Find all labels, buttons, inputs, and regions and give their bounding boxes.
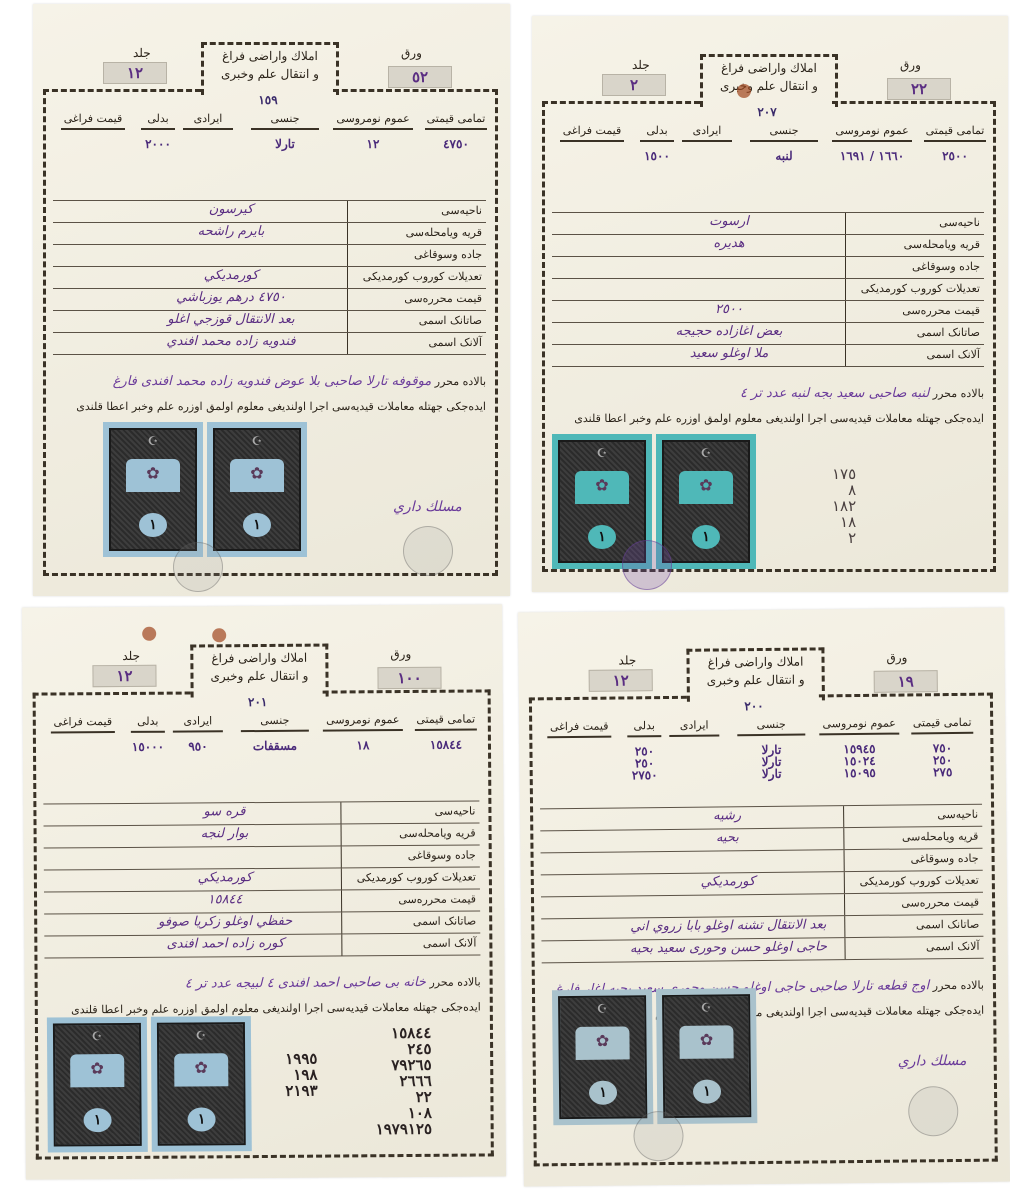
row-cadde: جاده وسوقاغی [53, 245, 486, 267]
handwritten-value: بعض اغازاده حجيجه [624, 324, 834, 339]
handwritten-value: بعد الانتقال تشنه اوغلو بابا زروي اني [623, 917, 833, 934]
varak-number: ١٩ [874, 670, 938, 693]
revenue-stamp: ☪✿١ [656, 988, 757, 1124]
cilt-label: جلد [632, 58, 650, 72]
handwritten-value: بوار لنجه [120, 826, 330, 842]
form-title-line1: املاك واراضی فراغ [193, 649, 325, 668]
form-text: بالاده محرر [933, 979, 984, 993]
value-cinsi: تارلا تارلا تارلا [737, 744, 805, 781]
value-tamami-kiymeti: ٤٧٥٠ [425, 138, 487, 150]
form-text: صاتانک اسمی [916, 918, 979, 932]
col-header-cinsi: جنسی [750, 124, 818, 142]
col-header-bedeli: بدلی [141, 112, 175, 130]
handwritten-value: ١٥٨٤٤ [120, 892, 330, 908]
form-text: قریه ویامحله‌سی [406, 226, 482, 239]
form-text: ١ [588, 525, 616, 549]
form-text: ١ [188, 1107, 216, 1131]
form-text: قریه ویامحله‌سی [399, 827, 476, 841]
tughra-icon: ✿ [700, 1030, 714, 1049]
handwritten-value: بايرم راشحه [126, 224, 336, 239]
tughra-icon: ✿ [596, 1031, 610, 1050]
handwritten-value: رشيه [622, 807, 832, 824]
handwritten-value: حاجی اوغلو حسن وحوری سعيد بحيه [623, 939, 833, 956]
row-kiymet-muharrere: قیمت محرره‌سی٢٥٠٠ [552, 301, 984, 323]
value-umum-numerosu: ١٦٦٠ / ١٦٩١ [832, 150, 912, 162]
revenue-stamp: ☪✿١ [103, 422, 203, 557]
form-title-line2: و انتقال علم وخبری [193, 667, 325, 686]
document-top-right: املاك واراضی فراغ و انتقال علم وخبری جلد… [532, 16, 1008, 592]
ink-seal [633, 1111, 684, 1162]
row-nahiye: ناحیه‌سیارسوت [552, 212, 984, 235]
row-tadilat: تعدیلات کوروب کورمدیکیكورمديكي [44, 867, 480, 892]
row-cadde: جاده وسوقاغی [44, 845, 480, 870]
ink-calculation-left: ١٩٩٥ ١٩٨ ٢١٩٣ [285, 1051, 318, 1099]
row-karye: قریه ویامحله‌سیبايرم راشحه [53, 223, 486, 245]
tughra-icon: ✿ [595, 475, 608, 494]
form-title-line2: و انتقال علم وخبری [204, 65, 336, 83]
value-bedeli: ٢٠٠٠ [133, 138, 183, 150]
row-kiymet-muharrere: قیمت محرره‌سی١٥٨٤٤ [44, 889, 480, 914]
official-signature: مسلك داري [898, 1053, 967, 1070]
col-header-iradi: ایرادی [183, 112, 233, 130]
row-alan-ismi: آلانک اسمیفندويه زاده محمد افندي [53, 333, 486, 355]
handwritten-value: كورمديكي [623, 873, 833, 890]
property-details-table: ناحیه‌سیقره سو قریه ویامحله‌سیبوار لنجه … [43, 800, 480, 958]
row-cadde: جاده وسوقاغی [552, 257, 984, 279]
handwritten-statement: لنبه صاحبی سعيد بجه لنبه عدد تر ٤ [740, 386, 929, 401]
form-title: املاك واراضی فراغ و انتقال علم وخبری [700, 54, 838, 107]
col-header-bedeli: بدلی [131, 715, 165, 733]
col-header-cinsi: جنسی [737, 718, 805, 737]
form-text: قیمت محرره‌سی [901, 896, 979, 910]
tughra-icon: ✿ [90, 1058, 104, 1077]
form-text: جاده وسوقاغی [414, 248, 482, 261]
row-satan-ismi: صاتانک اسمیحفظي اوغلو زكريا صوفو [44, 911, 480, 936]
crescent-star-icon: ☪ [597, 1002, 608, 1016]
row-karye: قریه ویامحله‌سیبوار لنجه [44, 823, 480, 848]
serial-number: ٢٠١ [228, 696, 288, 708]
serial-number: ٢٠٧ [737, 106, 797, 118]
transfer-statement: بالاده محرر خانه بی صاحبی احمد افندی ٤ ل… [45, 974, 481, 992]
form-text: بالاده محرر [933, 387, 984, 400]
cilt-number: ١٢ [589, 669, 653, 692]
transfer-statement-line2: ایده‌جکی جهتله معاملات قیدیه‌سی اجرا اول… [53, 400, 486, 413]
handwritten-value: ٢٥٠٠ [624, 302, 834, 317]
form-text: ناحیه‌سی [939, 216, 980, 229]
ink-seal [908, 1086, 959, 1137]
handwritten-value [120, 848, 330, 849]
handwritten-value: فندويه زاده محمد افندي [126, 334, 336, 349]
form-text: ١ [589, 1081, 617, 1105]
row-karye: قریه ویامحله‌سیهديره [552, 235, 984, 257]
transfer-statement: بالاده محرر لنبه صاحبی سعيد بجه لنبه عدد… [552, 386, 984, 401]
official-signature: مسلك داري [393, 499, 462, 515]
revenue-stamp: ☪✿١ [47, 1017, 148, 1153]
form-text: ١ [139, 513, 167, 537]
varak-number: ٢٢ [887, 78, 951, 100]
col-header-bedeli: بدلی [627, 719, 661, 737]
form-title: املاك واراضی فراغ و انتقال علم وخبری [190, 644, 328, 698]
col-header-iradi: ایرادی [682, 124, 732, 142]
handwritten-value: بعد الانتقال قوزجي اغلو [126, 312, 336, 327]
form-text: آلانک اسمی [926, 940, 980, 954]
handwritten-value: هديره [624, 236, 834, 251]
rust-stain [737, 84, 751, 98]
form-title-line2: و انتقال علم وخبری [690, 670, 822, 689]
revenue-stamp: ☪✿١ [552, 989, 653, 1125]
document-top-left: املاك واراضی فراغ و انتقال علم وخبری جلد… [33, 4, 510, 596]
col-header-iradi: ایرادی [669, 718, 719, 737]
form-title-line1: املاك واراضی فراغ [204, 47, 336, 65]
cilt-number: ١٢ [92, 665, 156, 687]
col-header-umum-numerosu: عموم نومروسی [333, 112, 413, 130]
revenue-stamps: ☪✿١ ☪✿١ [552, 988, 761, 1125]
value-umum-numerosu: ١٢ [333, 138, 413, 150]
form-text: ١ [693, 1080, 721, 1104]
value-cinsi: لنبه [750, 150, 818, 162]
form-text: قیمت محرره‌سی [398, 893, 476, 907]
cilt-label: جلد [122, 649, 140, 663]
col-header-bedeli: بدلی [640, 124, 674, 142]
col-header-tamami-kiymeti: تمامی قیمتی [924, 124, 986, 142]
tughra-icon: ✿ [250, 463, 263, 482]
cilt-label: جلد [133, 46, 151, 60]
value-bedeli: ١٥٠٠٠ [123, 741, 173, 753]
form-text: قریه ویامحله‌سی [902, 830, 979, 844]
handwritten-value: حفظي اوغلو زكريا صوفو [120, 914, 330, 930]
value-cinsi: تارلا [251, 138, 319, 150]
form-text: تعدیلات کوروب کورمدیکی [357, 871, 476, 885]
ink-calculation-right: ١٥٨٤٤ ٢٤٥ ٧٩٢٦٥ ٢٦٦٦ ٢٢ ١٠٨ ١٩٧٩١٢٥ [375, 1025, 432, 1137]
handwritten-value: ارسوت [624, 214, 834, 229]
handwritten-value: قره سو [119, 804, 329, 820]
property-details-table: ناحیه‌سیرشيه قریه ویامحله‌سیبحيه جاده وس… [540, 804, 984, 964]
revenue-stamp: ☪✿١ [151, 1016, 252, 1152]
varak-label: ورق [886, 650, 907, 664]
form-text: آلانک اسمی [428, 336, 482, 349]
form-text: صاتانک اسمی [413, 915, 476, 928]
form-text: بالاده محرر [429, 975, 480, 988]
handwritten-statement: موقوفه تارلا صاحبی بلا عوض فندويه زاده م… [113, 374, 432, 389]
handwritten-value [623, 895, 833, 897]
col-header-cinsi: جنسی [251, 112, 319, 130]
col-header-kiymet-ferag: قیمت فراغی [560, 124, 624, 142]
form-title: املاك واراضی فراغ و انتقال علم وخبری [201, 42, 339, 95]
row-alan-ismi: آلانک اسمیملا اوغلو سعيد [552, 345, 984, 367]
col-header-tamami-kiymeti: تمامی قیمتی [425, 112, 487, 130]
form-title-line1: املاك واراضی فراغ [703, 59, 835, 77]
row-satan-ismi: صاتانک اسمیبعد الانتقال قوزجي اغلو [53, 311, 486, 333]
col-header-kiymet-ferag: قیمت فراغی [51, 715, 115, 733]
row-kiymet-muharrere: قیمت محرره‌سی٤٧٥٠ درهم يوزباشي [53, 289, 486, 311]
crescent-star-icon: ☪ [597, 446, 608, 460]
handwritten-value: كورمديكي [126, 268, 336, 283]
cilt-label: جلد [618, 653, 636, 667]
col-header-iradi: ایرادی [173, 714, 223, 732]
form-text: جاده وسوقاغی [408, 849, 476, 862]
handwritten-value: ٤٧٥٠ درهم يوزباشي [126, 290, 336, 305]
revenue-stamps: ☪✿١ ☪✿١ [47, 1016, 256, 1152]
crescent-star-icon: ☪ [252, 434, 263, 448]
document-bottom-left: املاك واراضی فراغ و انتقال علم وخبری جلد… [22, 604, 506, 1179]
form-text: جاده وسوقاغی [912, 260, 980, 273]
handwritten-value: كيرسون [126, 202, 336, 217]
pencil-calculation: ١٧٥ ٨ ١٨٢ ١٨ ٢ [832, 466, 856, 546]
cilt-number: ٢ [602, 74, 666, 96]
rust-stain [212, 628, 226, 642]
crescent-star-icon: ☪ [148, 434, 159, 448]
crescent-star-icon: ☪ [196, 1028, 207, 1042]
form-title: املاك واراضی فراغ و انتقال علم وخبری [686, 647, 825, 701]
value-iradi: ٩٥٠ [173, 740, 223, 752]
form-text: آلانک اسمی [423, 937, 477, 950]
row-alan-ismi: آلانک اسمیكوره زاده احمد افندی [44, 933, 480, 958]
form-text: ١ [692, 525, 720, 549]
row-alan-ismi: آلانک اسمیحاجی اوغلو حسن وحوری سعيد بحيه [541, 937, 983, 964]
form-text: ناحیه‌سی [937, 808, 978, 821]
form-text: صاتانک اسمی [419, 314, 482, 327]
handwritten-value: كوره زاده احمد افندی [120, 936, 330, 952]
col-header-kiymet-ferag: قیمت فراغی [61, 112, 125, 130]
form-text: ١ [84, 1108, 112, 1132]
revenue-stamps: ☪✿١ ☪✿١ [103, 422, 311, 557]
form-text: ناحیه‌سی [435, 805, 476, 818]
property-details-table: ناحیه‌سیارسوت قریه ویامحله‌سیهديره جاده … [552, 212, 984, 367]
varak-number: ١٠٠ [377, 667, 441, 689]
value-tamami-kiymeti: ٢٥٠٠ [924, 150, 986, 162]
ink-seal [622, 540, 672, 590]
col-header-tamami-kiymeti: تمامی قیمتی [911, 716, 973, 735]
handwritten-value: كورمديكي [120, 870, 330, 886]
value-bedeli: ٢٥٠ ٢٥٠ ٢٧٥٠ [619, 745, 669, 782]
handwritten-statement: خانه بی صاحبی احمد افندی ٤ لبيجه عدد تر … [185, 975, 426, 992]
form-text: جاده وسوقاغی [910, 852, 978, 866]
varak-label: ورق [390, 647, 411, 661]
transfer-statement: بالاده محرر موقوفه تارلا صاحبی بلا عوض ف… [53, 374, 486, 389]
form-title-line1: املاك واراضی فراغ [689, 652, 821, 671]
form-text: بالاده محرر [435, 375, 486, 388]
varak-number: ٥٢ [388, 66, 452, 88]
form-text: تعدیلات کوروب کورمدیکی [861, 282, 980, 295]
value-bedeli: ١٥٠٠ [632, 150, 682, 162]
serial-number: ١٥٩ [238, 94, 298, 106]
row-satan-ismi: صاتانک اسمیبعض اغازاده حجيجه [552, 323, 984, 345]
crescent-star-icon: ☪ [92, 1029, 103, 1043]
form-text: صاتانک اسمی [917, 326, 980, 339]
row-nahiye: ناحیه‌سیكيرسون [53, 200, 486, 223]
form-text: قیمت محرره‌سی [404, 292, 482, 305]
document-bottom-right: املاك واراضی فراغ و انتقال علم وخبری جلد… [518, 607, 1010, 1186]
form-text: قریه ویامحله‌سی [904, 238, 980, 251]
varak-label: ورق [900, 58, 921, 72]
form-title-line2: و انتقال علم وخبری [703, 77, 835, 95]
form-text: آلانک اسمی [926, 348, 980, 361]
handwritten-value: ملا اوغلو سعيد [624, 346, 834, 361]
value-tamami-kiymeti: ٧٥٠ ٢٥٠ ٢٧٥ [911, 742, 973, 779]
col-header-tamami-kiymeti: تمامی قیمتی [415, 713, 477, 731]
value-umum-numerosu: ١٥٩٤٥ ١٥٠٢٤ ١٥٠٩٥ [819, 743, 899, 780]
form-text: قیمت محرره‌سی [902, 304, 980, 317]
handwritten-value: بحيه [622, 829, 832, 846]
row-nahiye: ناحیه‌سیقره سو [43, 800, 479, 826]
varak-label: ورق [401, 46, 422, 60]
value-tamami-kiymeti: ١٥٨٤٤ [415, 739, 477, 751]
crescent-star-icon: ☪ [701, 1001, 712, 1015]
form-text: تعدیلات کوروب کورمدیکی [363, 270, 482, 283]
form-text: ناحیه‌سی [441, 204, 482, 217]
col-header-cinsi: جنسی [241, 714, 309, 732]
handwritten-value [623, 851, 833, 853]
value-cinsi: مسقفات [241, 740, 309, 752]
transfer-statement-line2: ایده‌جکی جهتله معاملات قیدیه‌سی اجرا اول… [552, 412, 984, 425]
revenue-stamp: ☪✿١ [207, 422, 307, 557]
col-header-umum-numerosu: عموم نومروسی [832, 124, 912, 142]
col-header-umum-numerosu: عموم نومروسی [819, 717, 899, 736]
col-header-umum-numerosu: عموم نومروسی [323, 713, 403, 732]
cilt-number: ١٢ [103, 62, 167, 84]
form-text: تعدیلات کوروب کورمدیکی [860, 874, 979, 888]
row-tadilat: تعدیلات کوروب کورمدیکی [552, 279, 984, 301]
ink-seal [403, 526, 453, 576]
ink-seal [173, 542, 223, 592]
serial-number: ٢٠٠ [724, 700, 784, 713]
revenue-stamp: ☪✿١ [656, 434, 756, 569]
row-tadilat: تعدیلات کوروب کورمدیکیكورمديكي [53, 267, 486, 289]
tughra-icon: ✿ [699, 475, 712, 494]
col-header-kiymet-ferag: قیمت فراغی [547, 720, 611, 739]
tughra-icon: ✿ [146, 463, 159, 482]
form-text: ١ [243, 513, 271, 537]
property-details-table: ناحیه‌سیكيرسون قریه ویامحله‌سیبايرم راشح… [53, 200, 486, 355]
crescent-star-icon: ☪ [701, 446, 712, 460]
rust-stain [142, 627, 156, 641]
value-umum-numerosu: ١٨ [323, 739, 403, 752]
tughra-icon: ✿ [194, 1058, 208, 1077]
